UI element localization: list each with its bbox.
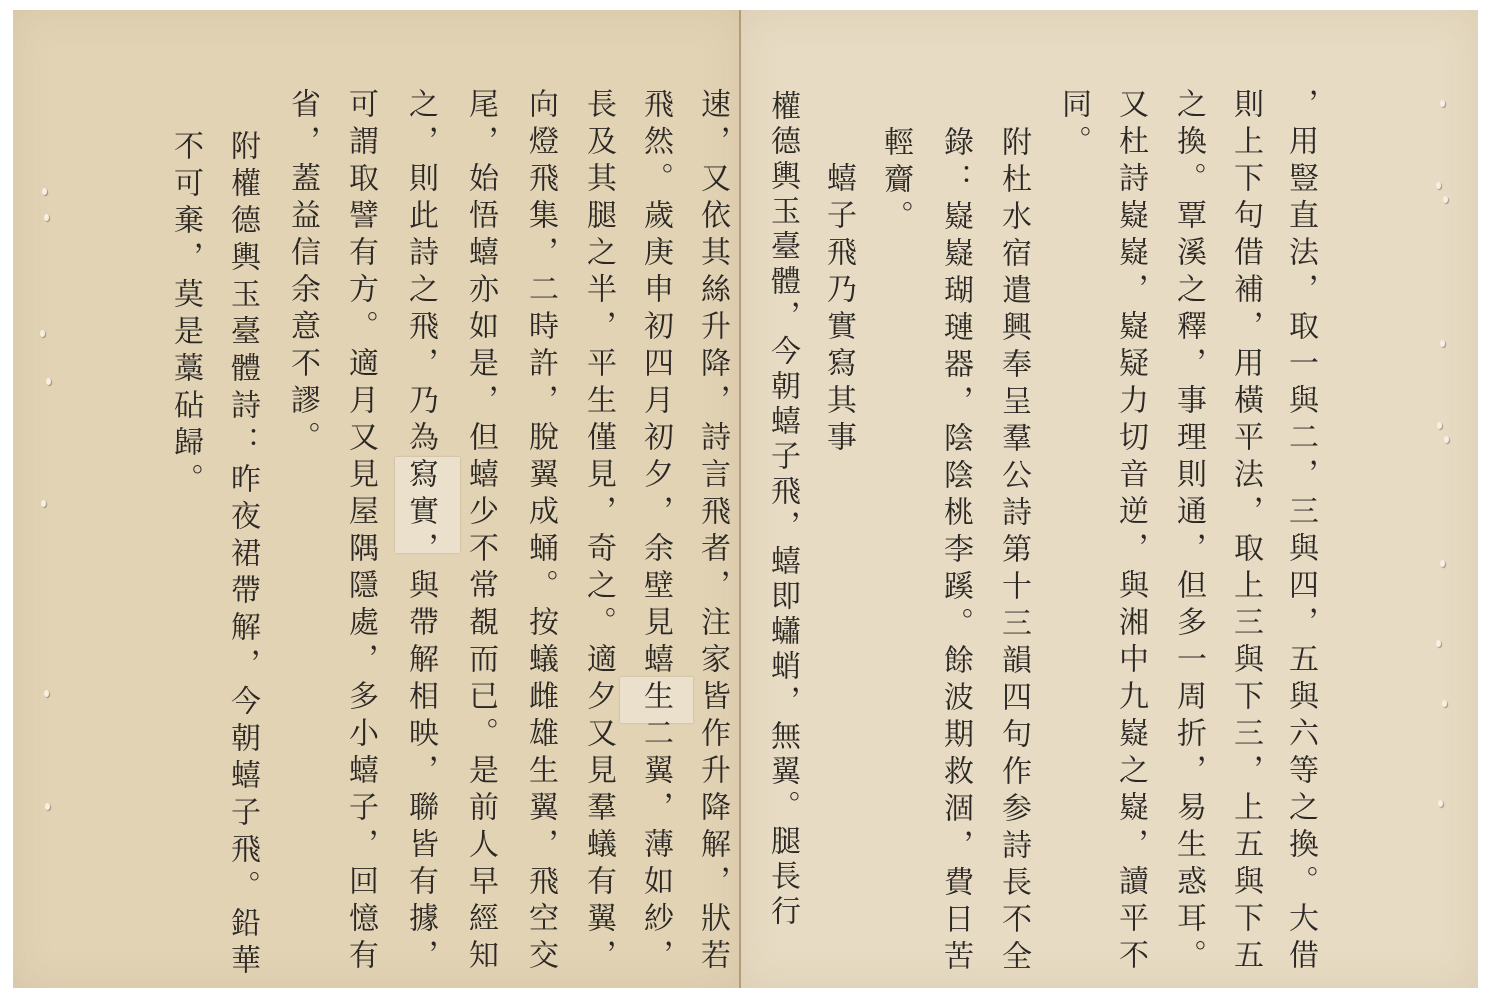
text-column: 尾，始悟蟢亦如是，但蟢少不常覩而已。是前人早經知 [462,88,498,976]
binding-hole [1440,100,1445,107]
text-column: 附權德輿玉臺體詩：昨夜裙帶解，今朝蟢子飛。鉛華 [224,130,260,981]
section-heading: 蟢子飛乃實寫其事 [820,162,856,458]
right-page [740,10,1478,988]
page-fold [739,10,741,988]
binding-hole [44,690,49,697]
binding-hole [41,500,46,507]
binding-hole [1436,182,1441,189]
binding-hole [1436,640,1441,647]
text-column: 錄：嶷嶷瑚璉器，陰陰桃李蹊。餘波期救涸，費日苦 [937,126,973,977]
binding-hole [46,378,51,385]
binding-hole [1437,422,1442,429]
text-column: 速，又依其絲升降，詩言飛者，注家皆作升降解，狀若 [694,88,730,976]
binding-hole [1440,560,1445,567]
binding-hole [45,803,50,810]
binding-hole [1440,340,1445,347]
text-column: 長及其腿之半，平生僅見，奇之。適夕又見羣蟻有翼， [580,88,616,976]
binding-hole [44,214,49,221]
text-column: 附杜水宿遣興奉呈羣公詩第十三韻四句作参詩長不全 [995,126,1031,977]
text-column: 可謂取譬有方。適月又見屋隅隱處，多小蟢子，回憶有 [342,88,378,976]
binding-hole [42,188,47,195]
text-column: 不可棄，莫是藁砧歸。 [167,130,203,500]
text-column: 又杜詩嶷嶷，嶷疑力切音逆，與湘中九嶷之嶷，讀平不 [1112,88,1148,976]
binding-hole [1438,800,1443,807]
text-column: 同。 [1055,88,1091,162]
text-column: 輕齎。 [877,126,913,237]
text-column: ，用豎直法，取一與二，三與四，五與六等之換。大借 [1282,88,1318,976]
text-column: 飛然。歲庚申初四月初夕，余壁見蟢生二翼，薄如紗， [637,88,673,976]
text-column: 之換。覃溪之釋，事理則通，但多一周折，易生惑耳。 [1170,88,1206,976]
binding-hole [40,330,45,337]
text-column: 省，蓋益信余意不謬。 [284,88,320,458]
binding-hole [1442,700,1447,707]
text-column: 之，則此詩之飛，乃為寫實，與帶解相映，聯皆有據， [402,88,438,976]
binding-hole [1444,436,1449,443]
text-column: 向燈飛集，二時許，脫翼成蛹。按蟻雌雄生翼，飛空交 [522,88,558,976]
text-column: 權德輿玉臺體，今朝蟢子飛，蟢即蠨蛸，無翼。腿長行 [764,90,800,930]
text-column: 則上下句借補，用橫平法，取上三與下三，上五與下五 [1227,88,1263,976]
binding-hole [1443,196,1448,203]
